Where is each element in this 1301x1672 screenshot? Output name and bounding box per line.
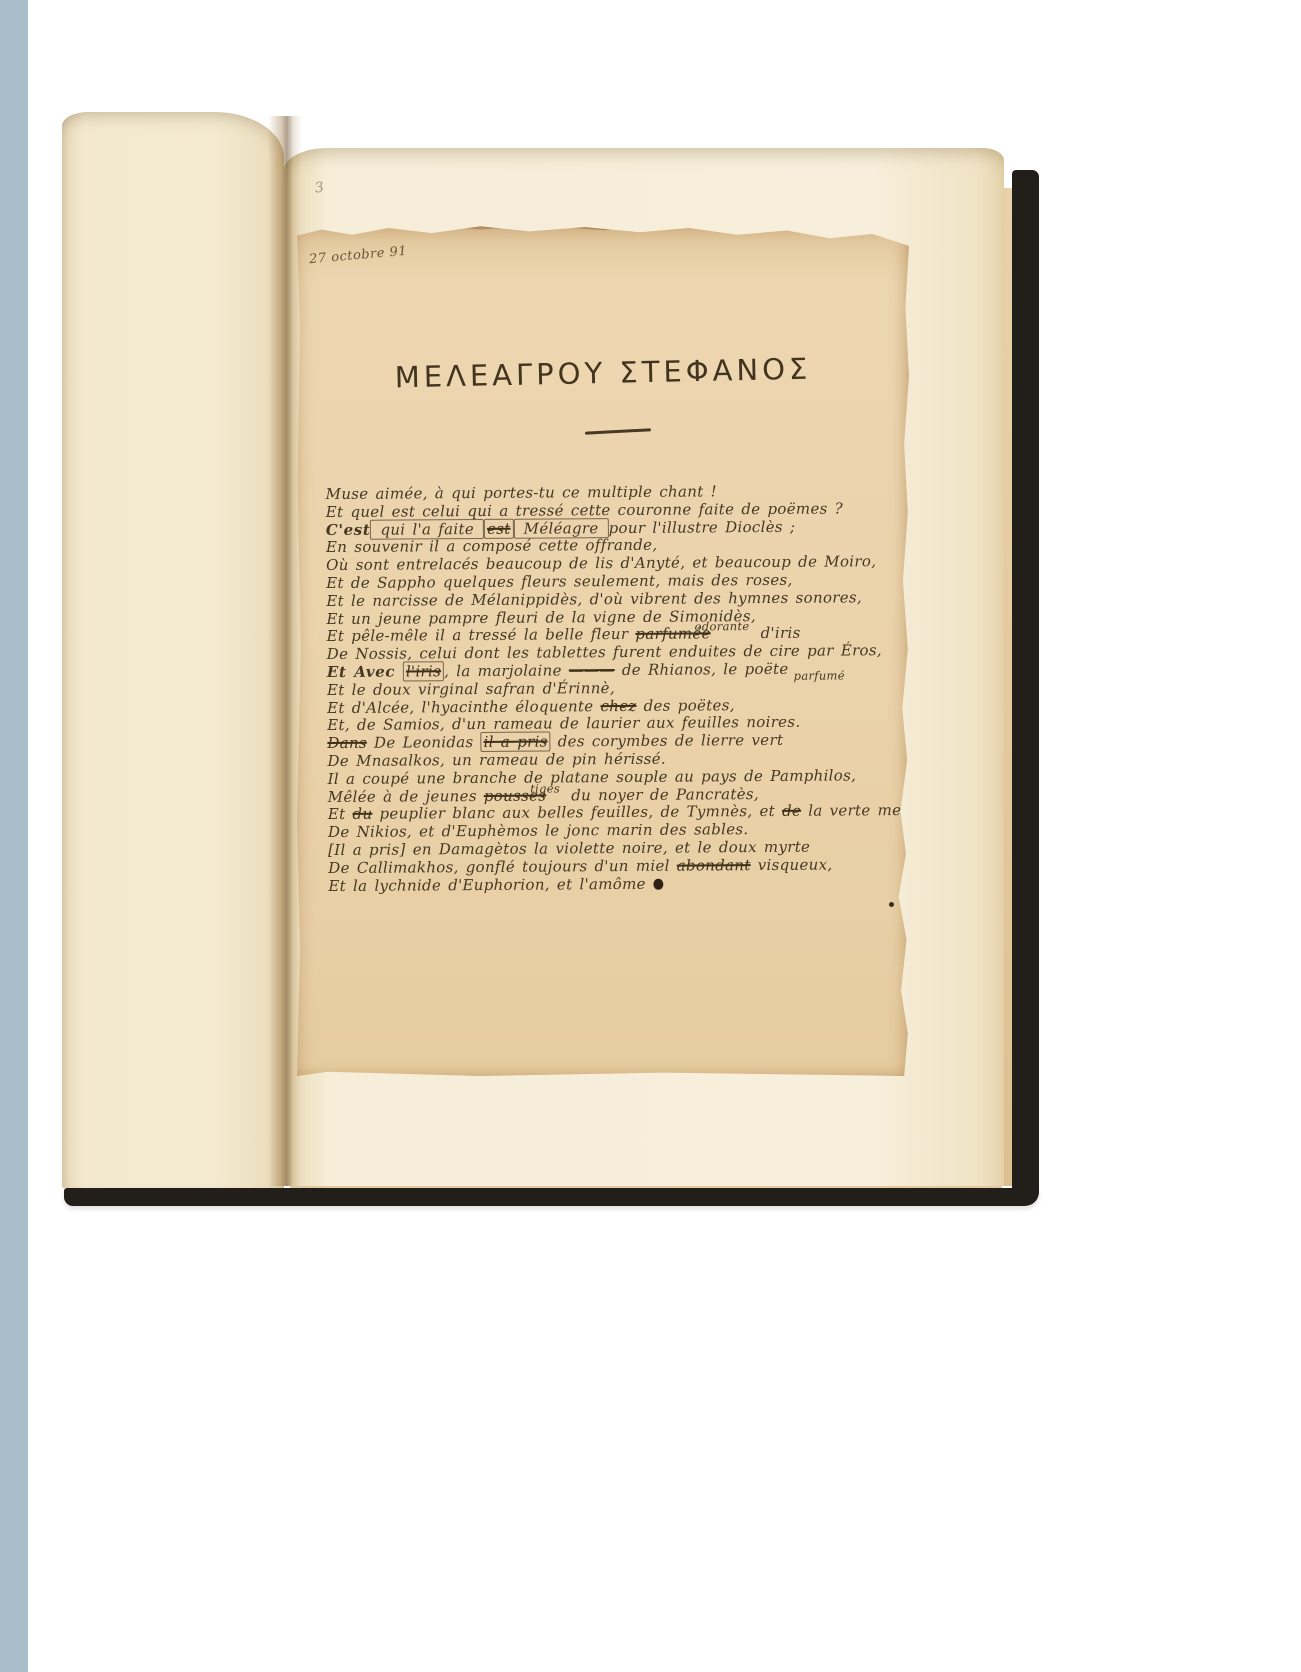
- poem-text-segment: Méléagre: [513, 518, 608, 539]
- ink-blot: [654, 879, 664, 890]
- poem-text-segment: Et d'Alcée, l'hyacinthe éloquente: [327, 697, 600, 717]
- poem-text-segment: Et Avec: [327, 662, 403, 681]
- poem-text-segment: parfumé: [794, 667, 845, 685]
- poem-text-segment: est: [484, 518, 514, 538]
- poem-text-segment: la verte menthe: [801, 801, 909, 820]
- poem-text-segment: Et la lychnide d'Euphorion, et l'amôme: [328, 874, 646, 894]
- pasted-manuscript-leaf: 27 octobre 91 ΜΕΛΕΑΓΡΟΥ ΣΤΕΦΑΝΟΣ Muse ai…: [297, 222, 909, 1076]
- poem-text-segment: chez: [600, 696, 636, 714]
- poem-text-segment: Il a coupé une branche de platane souple…: [328, 766, 857, 788]
- book-cover-edge-bottom: [64, 1188, 1039, 1206]
- poem-text-segment: il a pris: [481, 732, 551, 752]
- book-left-page: [62, 112, 284, 1188]
- poem-text-segment: de Rhianos, le poëte: [615, 660, 796, 679]
- photo-of-open-book: 3 27 octobre 91 ΜΕΛΕΑΓΡΟΥ ΣΤΕΦΑΝΟΣ Muse …: [0, 0, 1301, 1672]
- title-underline-rule: [585, 428, 651, 434]
- greek-title: ΜΕΛΕΑΓΡΟΥ ΣΤΕΦΑΝΟΣ: [297, 350, 909, 397]
- poem-text-segment: C'est: [326, 520, 371, 538]
- poem-text-segment: Et le narcisse de Mélanippidès, d'où vib…: [326, 588, 862, 610]
- date-note: 27 octobre 91: [309, 244, 408, 268]
- book-gutter-shadow: [268, 116, 302, 1186]
- poem-text-segment: Dans: [327, 734, 367, 752]
- ink-speck: [889, 902, 894, 907]
- poem-text-segment: tiges: [530, 780, 560, 798]
- poem-text-segment: des poëtes,: [636, 696, 734, 715]
- poem-text-segment: pour l'illustre Dioclès ;: [609, 517, 796, 536]
- poem-text-segment: Mêlée à de jeunes: [328, 786, 484, 805]
- poem-text-segment: De Leonidas: [367, 733, 481, 752]
- poem-line: Et la lychnide d'Euphorion, et l'amôme: [328, 873, 909, 895]
- poem-text-segment: ———: [569, 661, 615, 679]
- book-cover-edge-right: [1012, 170, 1039, 1206]
- poem-line: Et Avec l'iris, la marjolaine ——— de Rhi…: [327, 660, 909, 682]
- poem-text-segment: de: [782, 802, 801, 820]
- poem-text-segment: odorante: [695, 618, 750, 636]
- poem-text-segment: Où sont entrelacés beaucoup de lis d'Any…: [326, 552, 876, 574]
- poem-text-segment: qui l'a faite: [370, 519, 484, 540]
- poem-text-segment: Et le doux virginal safran d'Érinnè,: [327, 679, 615, 699]
- poem-text-segment: du noyer de Pancratès,: [564, 785, 759, 804]
- poem-text-segment: d'iris: [753, 624, 800, 642]
- poem-text-segment: abondant: [677, 856, 751, 875]
- left-margin-stripe: [0, 0, 28, 1672]
- poem: Muse aimée, à qui portes-tu ce multiple …: [326, 482, 909, 895]
- poem-text-segment: Et: [328, 805, 353, 823]
- poem-text-segment: des corymbes de lierre vert: [551, 731, 784, 751]
- poem-text-segment: l'iris: [403, 661, 444, 681]
- poem-text-segment: , la marjolaine: [444, 661, 569, 680]
- poem-text-segment: visqueux,: [751, 855, 833, 874]
- poem-text-segment: du: [352, 805, 372, 823]
